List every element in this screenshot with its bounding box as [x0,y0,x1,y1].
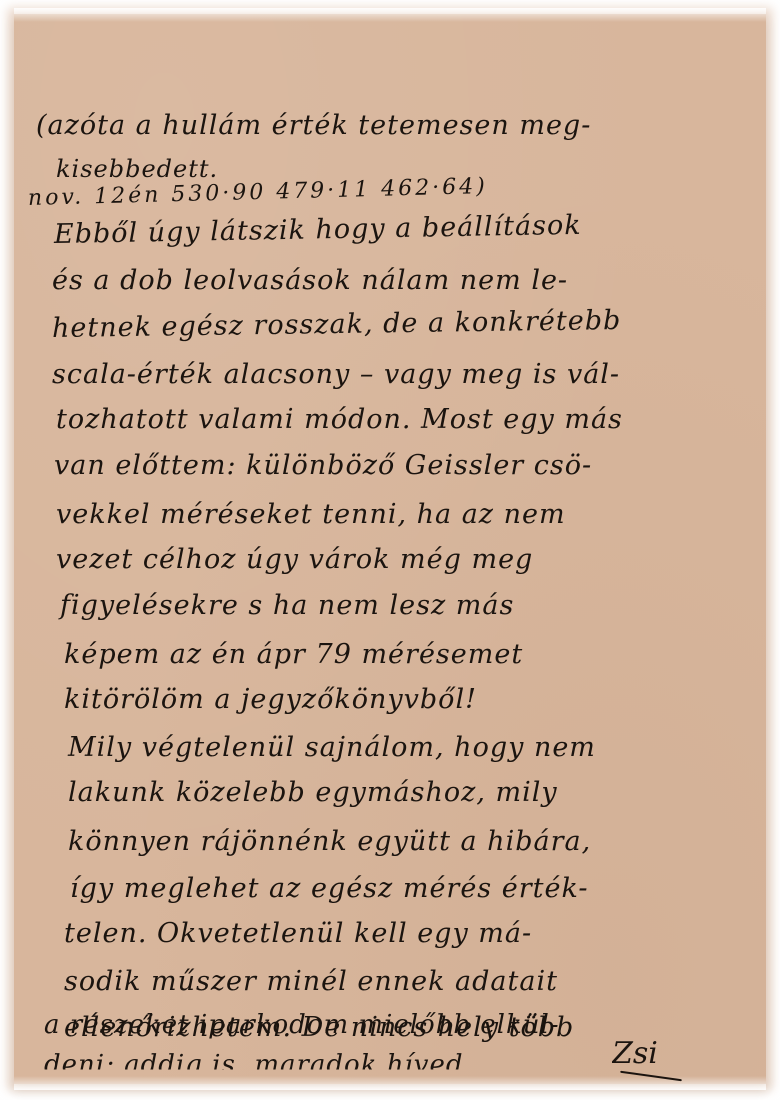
handwritten-text: (azóta a hullám érték tetemesen meg- kis… [14,14,766,1084]
text-line: hetnek egész rosszak, de a konkrétebb [52,305,622,344]
text-line: képem az én ápr 79 mérésemet [64,639,523,670]
text-line: (azóta a hullám érték tetemesen meg- [36,110,591,141]
letter-paper: (azóta a hullám érték tetemesen meg- kis… [14,14,766,1084]
text-line: vekkel méréseket tenni, ha az nem [56,499,566,530]
text-line: Mily végtelenül sajnálom, hogy nem [68,732,596,763]
text-line: lakunk közelebb egymáshoz, mily [68,777,558,808]
text-line: így meglehet az egész mérés érték- [70,873,588,904]
text-line: vezet célhoz úgy várok még meg [56,544,533,575]
text-line: Ebből úgy látszik hogy a beállítások [54,210,582,250]
text-line: telen. Okvetetlenül kell egy má- [64,918,532,949]
text-line: kitörölöm a jegyzőkönyvből! [64,684,477,715]
text-line: könnyen rájönnénk együtt a hibára, [68,826,591,857]
text-line: kisebbedett. [56,155,218,183]
text-line: tozhatott valami módon. Most egy más [56,404,623,435]
text-line: sodik műszer minél ennek adatait [64,966,558,997]
text-line: scala-érték alacsony – vagy meg is vál- [52,359,620,390]
text-line: figyelésekre s ha nem lesz más [60,590,514,621]
text-line: van előttem: különböző Geissler csö- [54,450,592,481]
text-line: és a dob leolvasások nálam nem le- [52,265,568,296]
text-line: a részeket iparkodom mielőbb elkül- [44,1010,560,1040]
